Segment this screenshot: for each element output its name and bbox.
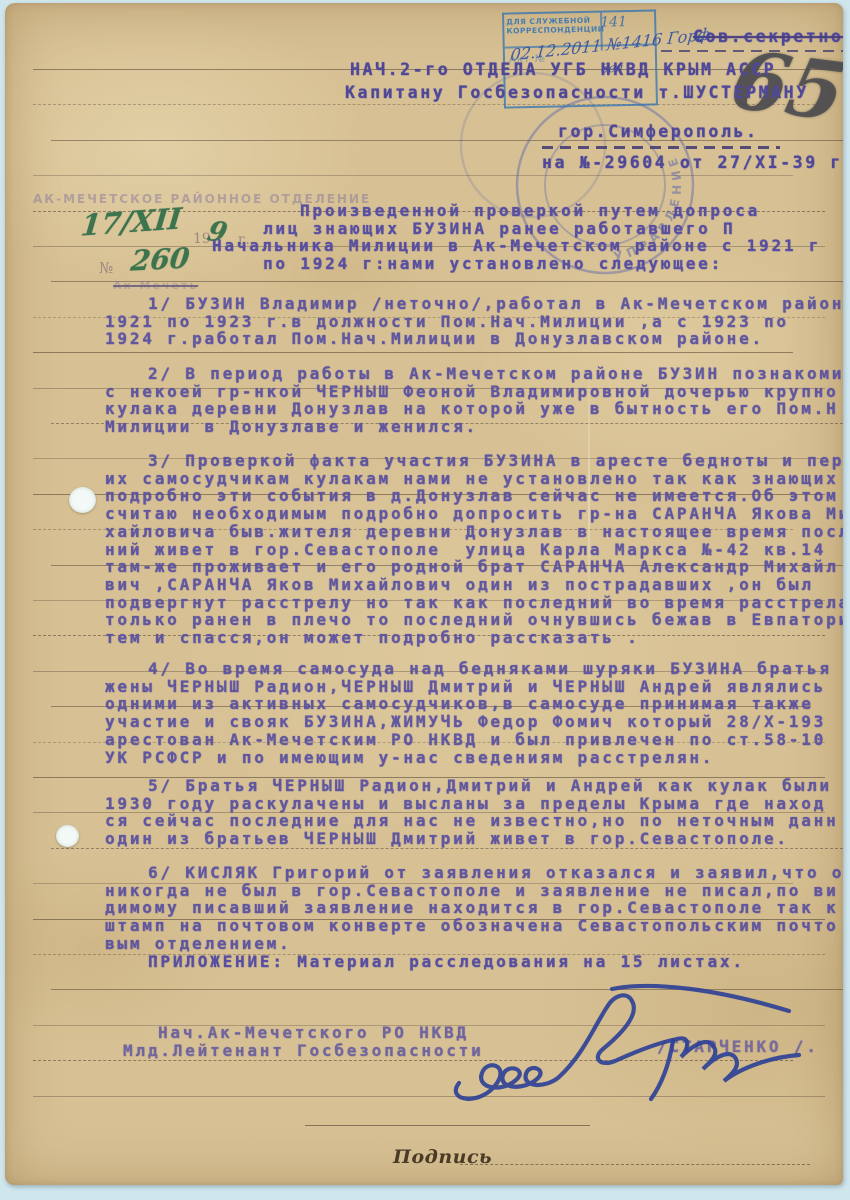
typed-line: ся сейчас последние для нас не известно,… [105, 812, 843, 830]
typed-line: участие и свояк БУЗИНА,ЖИМУЧЬ Федор Фоми… [105, 713, 843, 731]
typed-line: ний живет в гор.Севастополе улица Карла … [105, 541, 843, 559]
typed-line: тем и спасся,он может подробно рассказат… [105, 629, 843, 647]
document-paper: АК-МЕЧЕТСКОЕ РАЙОННОЕ ОТДЕЛЕНИЕ Ак-Мечет… [5, 3, 843, 1185]
typed-line: штамп на почтовом конверте обозначена Се… [105, 917, 843, 935]
typed-line: один из братьев ЧЕРНЫШ Дмитрий живет в г… [105, 830, 843, 848]
typed-line: Милиции в Донузлаве и женился. [105, 418, 843, 436]
typed-line: Произведенной проверкой путем допроса [300, 202, 821, 220]
typed-line: лиц знающих БУЗИНА ранее работавшего П [263, 220, 821, 238]
typed-line: димому писавший заявление находится в го… [105, 899, 843, 917]
typed-line: вым отделением. [105, 935, 843, 953]
typed-line: кулака деревни Донузлав на которой уже в… [105, 400, 843, 418]
typed-line: 4/ Во время самосуда над бедняками шуряк… [105, 660, 843, 678]
handwritten-signature [437, 981, 817, 1111]
punch-hole-bottom [56, 825, 79, 847]
typed-line: никогда не был в гор.Севастополе и заявл… [105, 882, 843, 900]
typed-line: 1921 по 1923 г.в должности Пом.Нач.Милиц… [105, 313, 843, 331]
typed-line: их самосудчикам кулакам нами не установл… [105, 470, 843, 488]
typed-line: там-же проживает и его родной брат САРАН… [105, 558, 843, 576]
typed-line: считаю необходимым подробно допросить гр… [105, 505, 843, 523]
typed-line: вич ,САРАНЧА Яков Михайлович один из пос… [105, 576, 843, 594]
body-paragraph: 4/ Во время самосуда над бедняками шуряк… [105, 660, 843, 766]
typed-line: 1930 году раскулачены и высланы за преде… [105, 795, 843, 813]
typed-line: одними из активных самосудчиков,в самосу… [105, 695, 843, 713]
typed-line: 6/ КИСЛЯК Григорий от заявления отказалс… [105, 864, 843, 882]
typed-line: 5/ Братья ЧЕРНЫШ Радион,Дмитрий и Андрей… [105, 777, 843, 795]
body-paragraph: 5/ Братья ЧЕРНЫШ Радион,Дмитрий и Андрей… [105, 777, 843, 848]
typed-line: Начальника Милиции в Ак-Мечетском районе… [212, 237, 821, 255]
typed-line: 3/ Проверкой факта участия БУЗИНА в арес… [105, 452, 843, 470]
signer-title-line-1: Нач.Ак-Мечетского РО НКВД [158, 1024, 469, 1042]
typed-line: арестован Ак-Мечетским РО НКВД и был при… [105, 731, 843, 749]
attachment-line: ПРИЛОЖЕНИЕ: Материал расследования на 15… [148, 953, 745, 971]
footer-signature-line [460, 1164, 810, 1165]
typed-line: УК РСФСР и по имеющим у-нас сведениям ра… [105, 749, 843, 767]
typed-line: жены ЧЕРНЫШ Радион,ЧЕРНЫШ Дмитрий и ЧЕРН… [105, 678, 843, 696]
typed-line: 1924 г.работал Пом.Нач.Милиции в Донузла… [105, 330, 843, 348]
typed-line: по 1924 г:нами установлено следующее: [263, 255, 821, 273]
typed-line: 2/ В период работы в Ак-Мечетском районе… [105, 365, 843, 383]
body-paragraph: 1/ БУЗИН Владимир /неточно/,работал в Ак… [105, 295, 843, 348]
typed-line: подвергнут расстрелу но так как последни… [105, 594, 843, 612]
intro-paragraph: Произведенной проверкой путем допросалиц… [5, 202, 821, 273]
body-paragraph: 3/ Проверкой факта участия БУЗИНА в арес… [105, 452, 843, 647]
typed-line: подробно эти события в д.Донузлав сейчас… [105, 487, 843, 505]
typed-line: 1/ БУЗИН Владимир /неточно/,работал в Ак… [105, 295, 843, 313]
signer-title-line-2: Млд.Лейтенант Госбезопасности [123, 1042, 484, 1060]
body-paragraph: 6/ КИСЛЯК Григорий от заявления отказалс… [105, 864, 843, 953]
typed-line: хайловича быв.жителя деревни Донузлав в … [105, 523, 843, 541]
punch-hole-top [69, 487, 96, 513]
typed-line: с некоей гр-нкой ЧЕРНЫШ Феоной Владимиро… [105, 383, 843, 401]
body-paragraph: 2/ В период работы в Ак-Мечетском районе… [105, 365, 843, 436]
typed-line: только ранен в плечо то последний очнувш… [105, 611, 843, 629]
